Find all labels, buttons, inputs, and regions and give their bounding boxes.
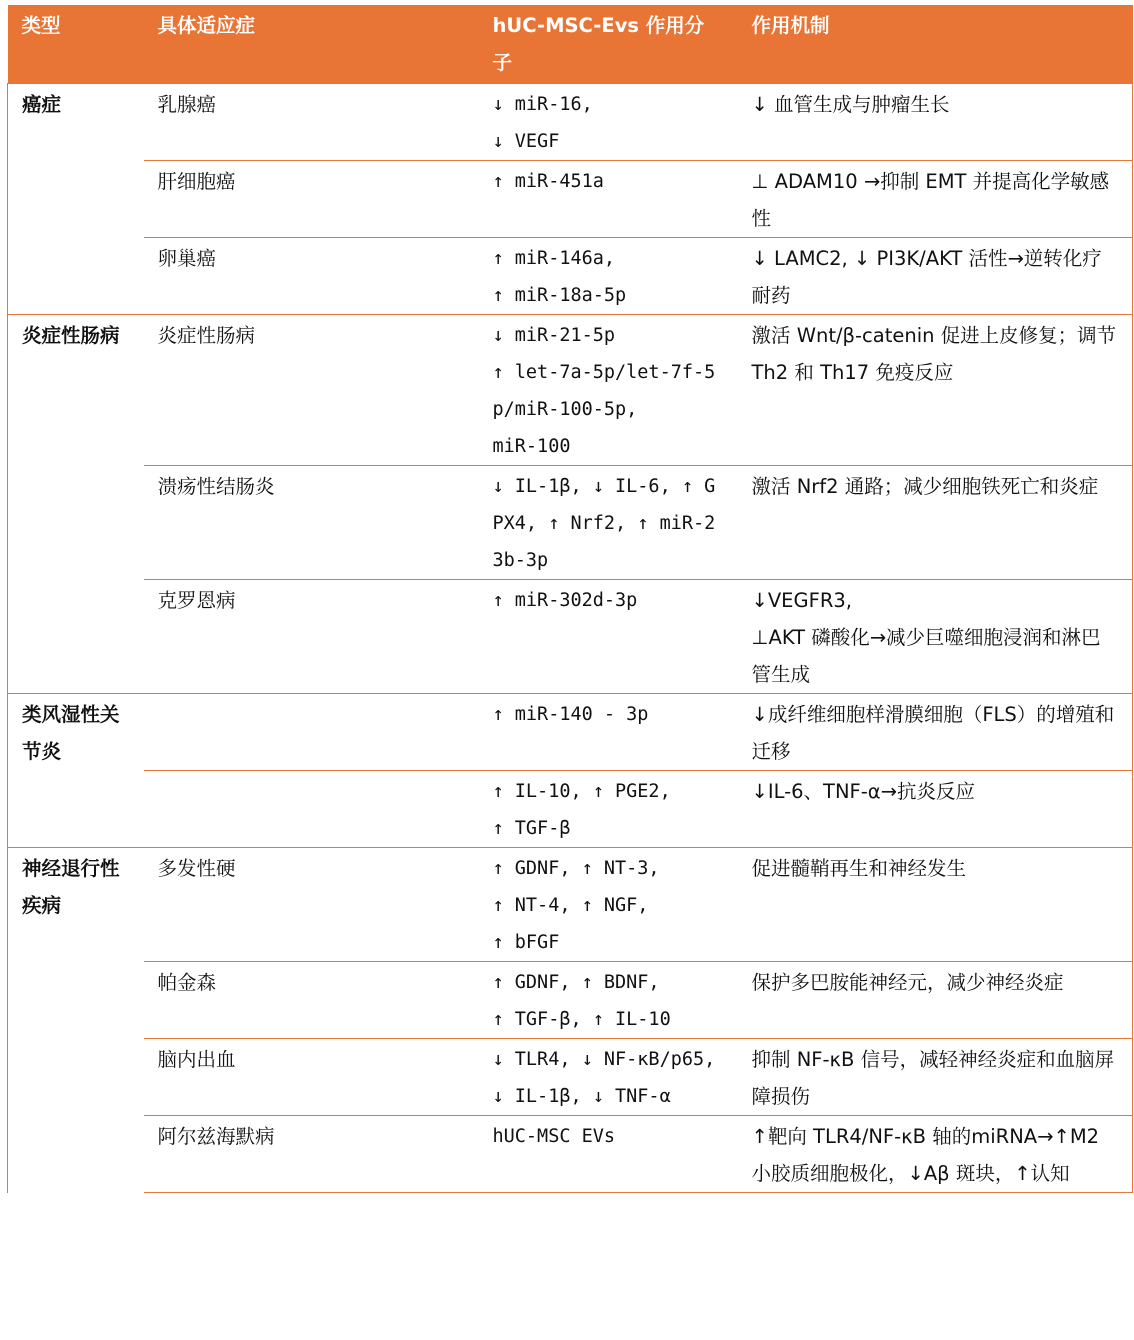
indication-cell: 肝细胞癌: [144, 161, 479, 238]
molecules-cell: ↑ IL-10, ↑ PGE2, ↑ TGF-β: [479, 771, 738, 848]
table-row: 癌症 乳腺癌 ↓ miR-16, ↓ VEGF ↓ 血管生成与肿瘤生长: [8, 84, 1133, 161]
table-body: 癌症 乳腺癌 ↓ miR-16, ↓ VEGF ↓ 血管生成与肿瘤生长 肝细胞癌…: [8, 84, 1133, 1193]
molecules-cell: ↓ miR-21-5p ↑ let-7a-5p/let-7f-5p/miR-10…: [479, 315, 738, 466]
mechanism-cell: ↓ 血管生成与肿瘤生长: [738, 84, 1133, 161]
header-mechanism: 作用机制: [738, 5, 1133, 84]
table-row: 炎症性肠病 炎症性肠病 ↓ miR-21-5p ↑ let-7a-5p/let-…: [8, 315, 1133, 466]
indication-cell: 帕金森: [144, 962, 479, 1039]
mechanism-cell: 激活 Wnt/β-catenin 促进上皮修复；调节 Th2 和 Th17 免疫…: [738, 315, 1133, 466]
table-row: ↑ IL-10, ↑ PGE2, ↑ TGF-β ↓IL-6、TNF-α→抗炎反…: [8, 771, 1133, 848]
table-row: 肝细胞癌 ↑ miR-451a ⊥ ADAM10 →抑制 EMT 并提高化学敏感…: [8, 161, 1133, 238]
molecules-cell: ↑ GDNF, ↑ NT-3, ↑ NT-4, ↑ NGF, ↑ bFGF: [479, 848, 738, 962]
indication-cell: 溃疡性结肠炎: [144, 466, 479, 580]
header-molecules: hUC-MSC-Evs 作用分子: [479, 5, 738, 84]
mechanism-cell: 促进髓鞘再生和神经发生: [738, 848, 1133, 962]
indication-cell: 炎症性肠病: [144, 315, 479, 466]
indication-cell: 多发性硬: [144, 848, 479, 962]
indications-table: 类型 具体适应症 hUC-MSC-Evs 作用分子 作用机制 癌症 乳腺癌 ↓ …: [7, 5, 1133, 1193]
type-cell: 炎症性肠病: [8, 315, 144, 694]
mechanism-cell: 保护多巴胺能神经元，减少神经炎症: [738, 962, 1133, 1039]
indication-cell: 克罗恩病: [144, 580, 479, 694]
mechanism-cell: ↓ LAMC2, ↓ PI3K/AKT 活性→逆转化疗耐药: [738, 238, 1133, 315]
molecules-cell: ↓ TLR4, ↓ NF-κB/p65, ↓ IL-1β, ↓ TNF-α: [479, 1039, 738, 1116]
header-row: 类型 具体适应症 hUC-MSC-Evs 作用分子 作用机制: [8, 5, 1133, 84]
table-row: 克罗恩病 ↑ miR-302d-3p ↓VEGFR3, ⊥AKT 磷酸化→减少巨…: [8, 580, 1133, 694]
mechanism-cell: ↓VEGFR3, ⊥AKT 磷酸化→减少巨噬细胞浸润和淋巴管生成: [738, 580, 1133, 694]
molecules-cell: ↓ IL-1β, ↓ IL-6, ↑ GPX4, ↑ Nrf2, ↑ miR-2…: [479, 466, 738, 580]
indication-cell: 卵巢癌: [144, 238, 479, 315]
table-row: 神经退行性疾病 多发性硬 ↑ GDNF, ↑ NT-3, ↑ NT-4, ↑ N…: [8, 848, 1133, 962]
table-row: 溃疡性结肠炎 ↓ IL-1β, ↓ IL-6, ↑ GPX4, ↑ Nrf2, …: [8, 466, 1133, 580]
type-cell: 神经退行性疾病: [8, 848, 144, 1193]
molecules-cell: ↑ miR-140 - 3p: [479, 694, 738, 771]
header-indication: 具体适应症: [144, 5, 479, 84]
molecules-cell: ↑ GDNF, ↑ BDNF, ↑ TGF-β, ↑ IL-10: [479, 962, 738, 1039]
indication-cell: [144, 694, 479, 771]
table-header: 类型 具体适应症 hUC-MSC-Evs 作用分子 作用机制: [8, 5, 1133, 84]
mechanism-cell: 激活 Nrf2 通路；减少细胞铁死亡和炎症: [738, 466, 1133, 580]
type-cell: 癌症: [8, 84, 144, 315]
indication-cell: 乳腺癌: [144, 84, 479, 161]
table-row: 阿尔兹海默病 hUC-MSC EVs ↑靶向 TLR4/NF-κB 轴的miRN…: [8, 1116, 1133, 1193]
table-row: 脑内出血 ↓ TLR4, ↓ NF-κB/p65, ↓ IL-1β, ↓ TNF…: [8, 1039, 1133, 1116]
molecules-cell: ↑ miR-302d-3p: [479, 580, 738, 694]
table-row: 卵巢癌 ↑ miR-146a, ↑ miR-18a-5p ↓ LAMC2, ↓ …: [8, 238, 1133, 315]
table-row: 帕金森 ↑ GDNF, ↑ BDNF, ↑ TGF-β, ↑ IL-10 保护多…: [8, 962, 1133, 1039]
mechanism-cell: ↓IL-6、TNF-α→抗炎反应: [738, 771, 1133, 848]
molecules-cell: ↓ miR-16, ↓ VEGF: [479, 84, 738, 161]
mechanism-cell: ⊥ ADAM10 →抑制 EMT 并提高化学敏感性: [738, 161, 1133, 238]
indication-cell: [144, 771, 479, 848]
indication-cell: 阿尔兹海默病: [144, 1116, 479, 1193]
mechanism-cell: 抑制 NF-κB 信号，减轻神经炎症和血脑屏障损伤: [738, 1039, 1133, 1116]
header-type: 类型: [8, 5, 144, 84]
mechanism-cell: ↓成纤维细胞样滑膜细胞（FLS）的增殖和迁移: [738, 694, 1133, 771]
table-row: 类风湿性关节炎 ↑ miR-140 - 3p ↓成纤维细胞样滑膜细胞（FLS）的…: [8, 694, 1133, 771]
mechanism-cell: ↑靶向 TLR4/NF-κB 轴的miRNA→↑M2 小胶质细胞极化，↓Aβ 斑…: [738, 1116, 1133, 1193]
type-cell: 类风湿性关节炎: [8, 694, 144, 848]
indication-cell: 脑内出血: [144, 1039, 479, 1116]
molecules-cell: ↑ miR-146a, ↑ miR-18a-5p: [479, 238, 738, 315]
molecules-cell: hUC-MSC EVs: [479, 1116, 738, 1193]
molecules-cell: ↑ miR-451a: [479, 161, 738, 238]
